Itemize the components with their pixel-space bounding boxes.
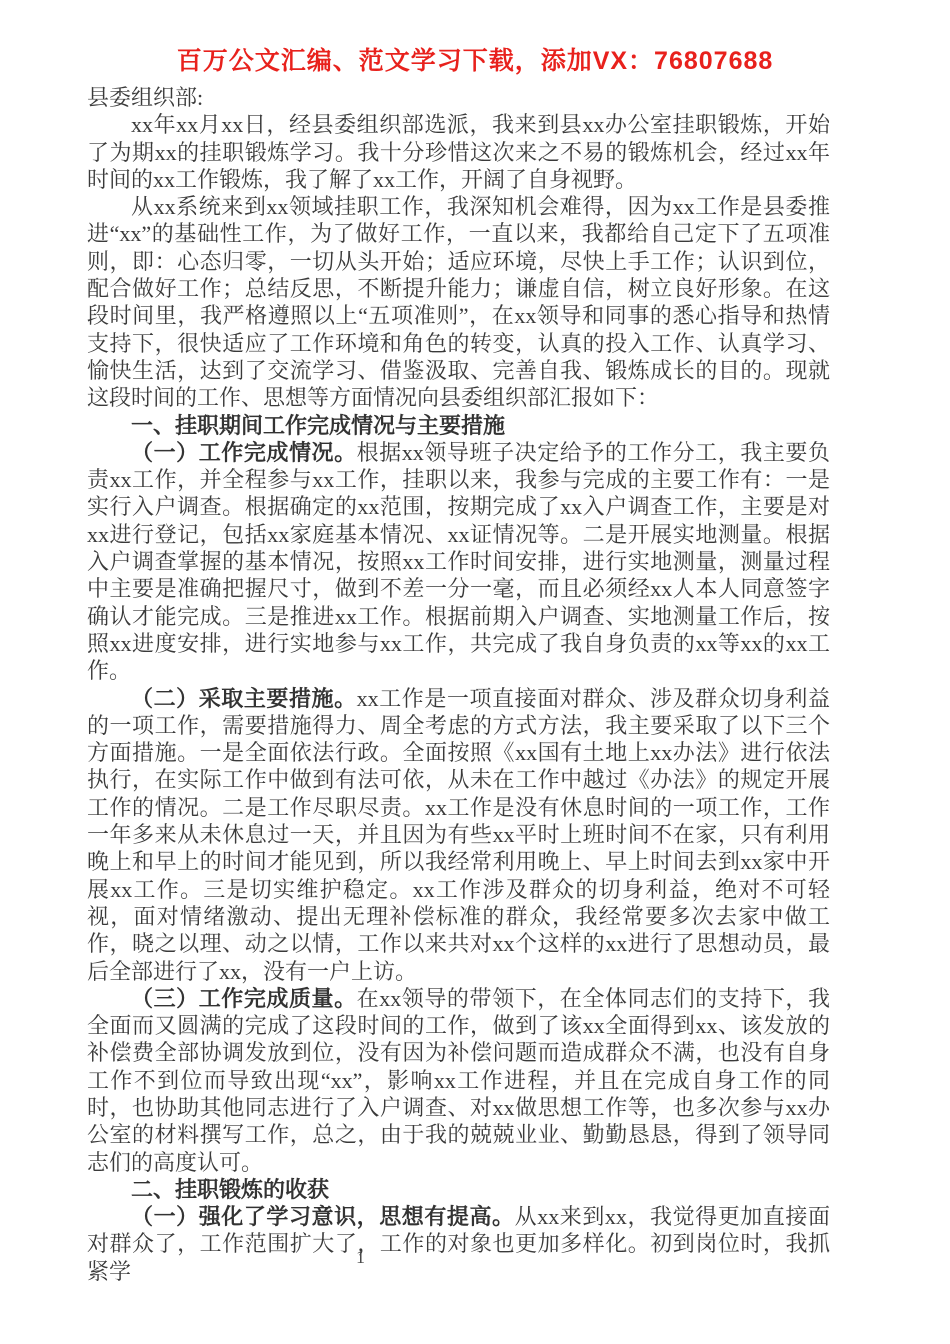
section-2-heading: 二、挂职锻炼的收获 [87,1176,830,1203]
paragraph-text: xx年xx月xx日，经县委组织部选派，我来到县xx办公室挂职锻炼，开始了为期xx… [87,112,830,192]
document-page: 百万公文汇编、范文学习下载，添加VX：76807688 县委组织部: xx年xx… [0,0,950,1344]
section-1-paragraph-2: （二）采取主要措施。xx工作是一项直接面对群众、涉及群众切身利益的一项工作，需要… [87,685,830,985]
paragraph-lead: （一）强化了学习意识，思想有提高。 [131,1204,515,1229]
promo-banner: 百万公文汇编、范文学习下载，添加VX：76807688 [0,41,950,77]
paragraph-text: xx工作是一项直接面对群众、涉及群众切身利益的一项工作，需要措施得力、周全考虑的… [87,686,830,984]
section-1-heading: 一、挂职期间工作完成情况与主要措施 [87,412,830,439]
section-2-paragraph-1: （一）强化了学习意识，思想有提高。从xx来到xx，我觉得更加直接面对群众了，工作… [87,1203,830,1285]
section-1-paragraph-3: （三）工作完成质量。在xx领导的带领下，在全体同志们的支持下，我全面而又圆满的完… [87,985,830,1176]
document-body: 县委组织部: xx年xx月xx日，经县委组织部选派，我来到县xx办公室挂职锻炼，… [87,84,830,1285]
page-number: 1 [356,1247,365,1268]
salutation: 县委组织部: [87,84,830,111]
intro-paragraph-2: 从xx系统来到xx领域挂职工作，我深知机会难得，因为xx工作是县委推进“xx”的… [87,193,830,411]
intro-paragraph-1: xx年xx月xx日，经县委组织部选派，我来到县xx办公室挂职锻炼，开始了为期xx… [87,111,830,193]
paragraph-text: 从xx系统来到xx领域挂职工作，我深知机会难得，因为xx工作是县委推进“xx”的… [87,194,830,410]
paragraph-lead: （三）工作完成质量。 [131,986,357,1011]
paragraph-text: 根据xx领导班子决定给予的工作分工，我主要负责xx工作，并全程参与xx工作，挂职… [87,440,830,683]
paragraph-lead: （一）工作完成情况。 [131,440,357,465]
section-1-paragraph-1: （一）工作完成情况。根据xx领导班子决定给予的工作分工，我主要负责xx工作，并全… [87,439,830,685]
paragraph-lead: （二）采取主要措施。 [131,686,357,711]
paragraph-text: 在xx领导的带领下，在全体同志们的支持下，我全面而又圆满的完成了这段时间的工作，… [87,986,830,1175]
